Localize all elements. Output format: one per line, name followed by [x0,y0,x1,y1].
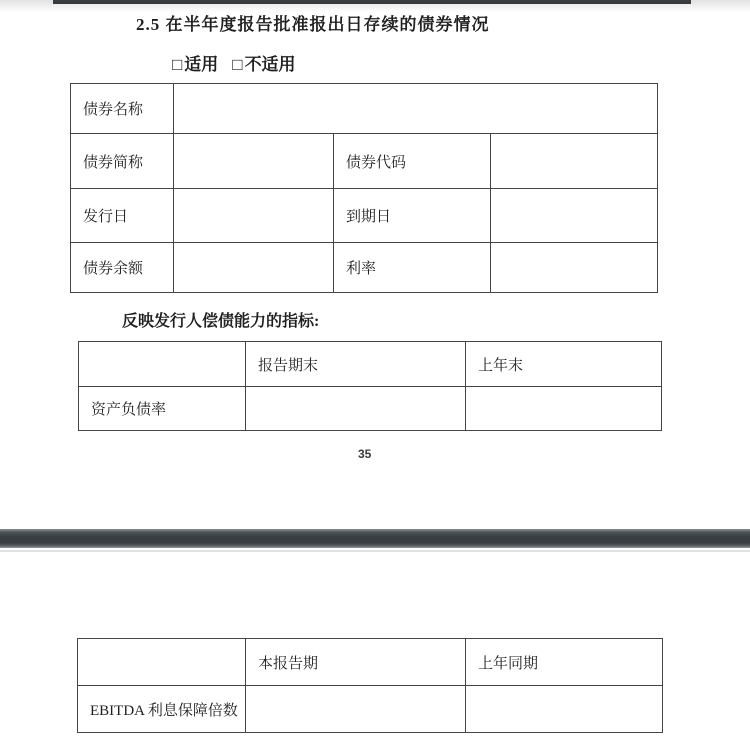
table-row: 债券简称 债券代码 [71,134,658,189]
empty-value-cell [246,686,466,733]
section-title: 2.5 在半年度报告批准报出日存续的债券情况 [136,10,490,35]
table-row: 债券名称 [71,84,658,134]
table-row: 债券余额 利率 [71,243,658,293]
row-label: 债券简称 [71,134,174,189]
empty-value-cell [491,134,658,189]
option-not-applicable: □不适用 [232,55,295,74]
option-label: 适用 [184,55,218,74]
page-number: 35 [358,447,371,461]
applicable-options: □适用□不适用 [172,50,310,75]
table-row: EBITDA 利息保障倍数 [78,686,663,733]
table-header-cell: 本报告期 [246,639,466,686]
row-label: 债券代码 [334,134,491,189]
solvency-indicators-note: 反映发行人偿债能力的指标: [122,308,319,331]
ebitda-coverage-table: 本报告期 上年同期 EBITDA 利息保障倍数 [77,638,663,733]
row-label: 债券名称 [71,84,174,134]
empty-value-cell [466,387,662,431]
checkbox-icon[interactable]: □ [232,55,242,74]
pdf-document-view: 2.5 在半年度报告批准报出日存续的债券情况 □适用□不适用 债券名称 债券简称… [0,0,750,750]
table-header-cell: 上年末 [466,342,662,387]
empty-value-cell [466,686,663,733]
row-label: 利率 [334,243,491,293]
table-row: 发行日 到期日 [71,189,658,243]
table-header-cell [78,639,246,686]
empty-value-cell [491,243,658,293]
empty-value-cell [174,134,334,189]
solvency-indicators-table: 报告期末 上年末 资产负债率 [78,341,662,431]
table-header-cell: 报告期末 [246,342,466,387]
row-label: 到期日 [334,189,491,243]
table-row: 资产负债率 [79,387,662,431]
checkbox-icon[interactable]: □ [172,55,182,74]
empty-value-cell [174,243,334,293]
row-label: 资产负债率 [79,387,246,431]
row-label: EBITDA 利息保障倍数 [78,686,246,733]
table-header-cell [79,342,246,387]
page-break-separator [0,529,750,548]
bond-info-table: 债券名称 债券简称 债券代码 发行日 到期日 债券余额 利率 [70,83,658,293]
option-applicable: □适用 [172,55,218,74]
table-header-cell: 上年同期 [466,639,663,686]
table-header-row: 本报告期 上年同期 [78,639,663,686]
previous-separator-edge [53,0,691,4]
option-label: 不适用 [245,55,296,74]
empty-value-cell [246,387,466,431]
empty-value-cell [174,189,334,243]
row-label: 债券余额 [71,243,174,293]
empty-value-cell [491,189,658,243]
empty-value-cell [174,84,658,134]
row-label: 发行日 [71,189,174,243]
table-header-row: 报告期末 上年末 [79,342,662,387]
